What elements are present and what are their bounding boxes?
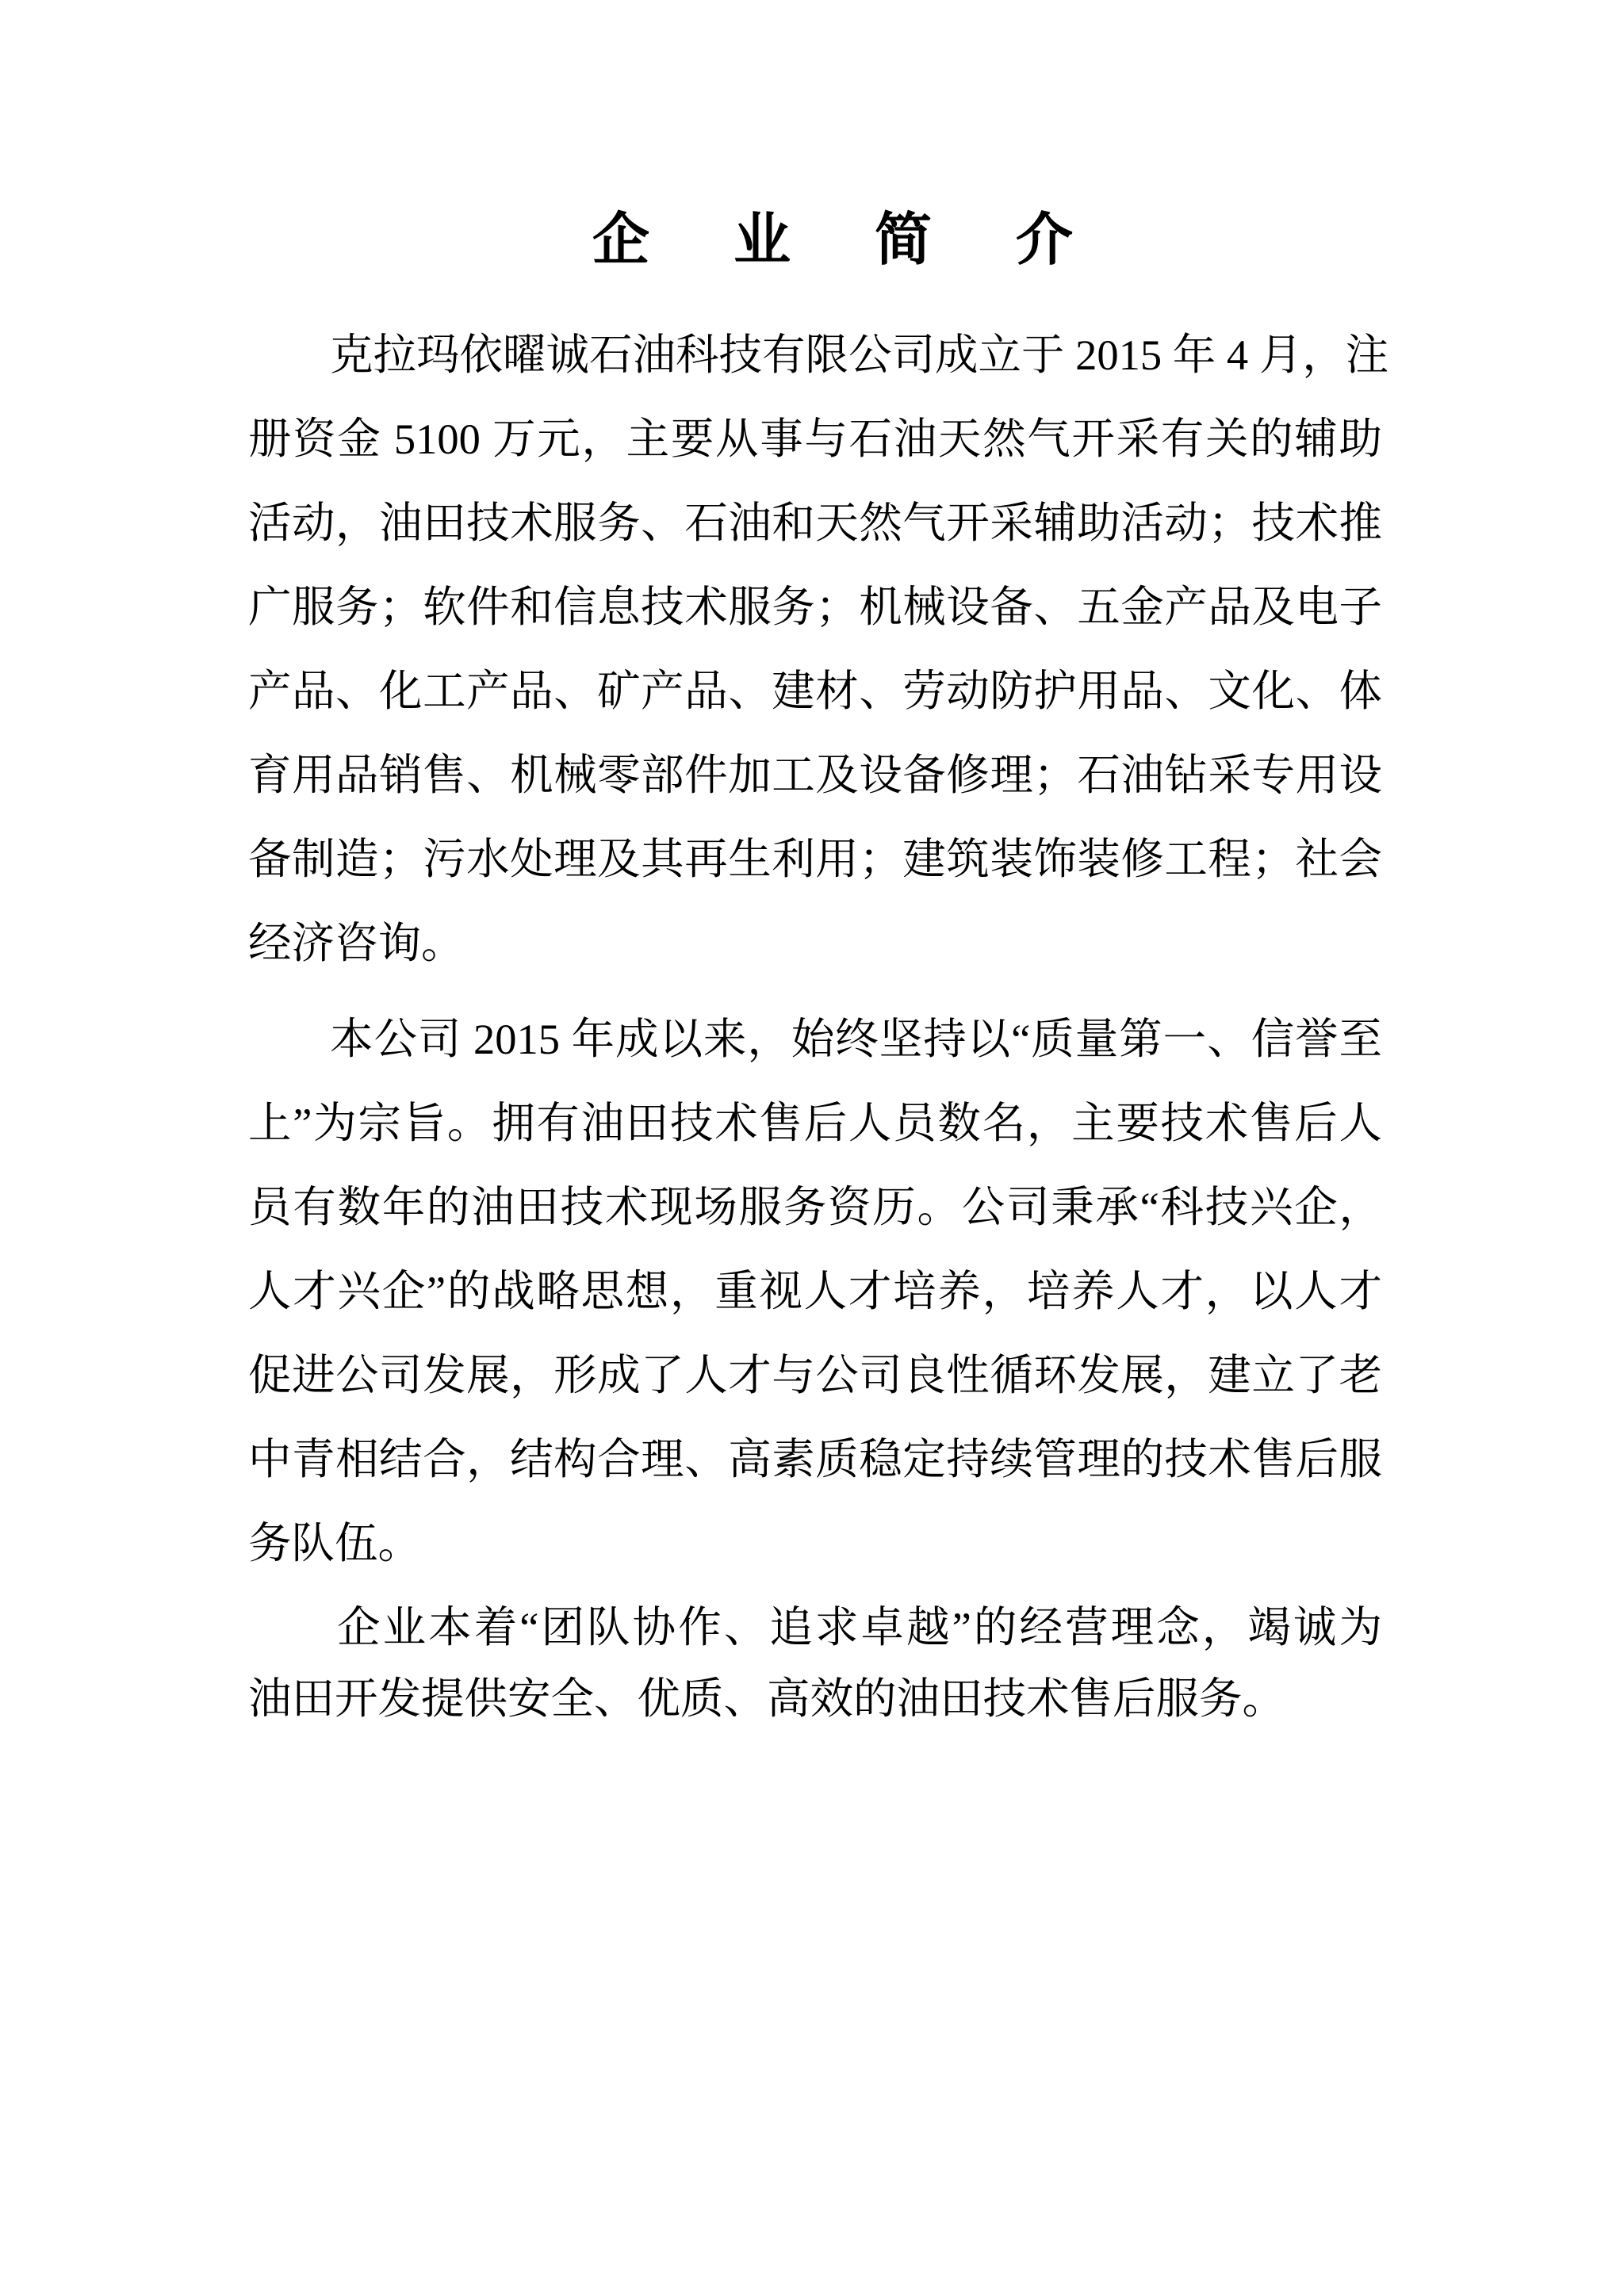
paragraph-line: 克拉玛依曜诚石油科技有限公司成立于 2015 年 4 月，注 xyxy=(248,313,1382,397)
paragraph-line: 员有数年的油田技术现场服务资历。公司秉承“科技兴企， xyxy=(248,1165,1382,1249)
paragraph-line: 中青相结合，结构合理、高素质稳定持续管理的技术售后服 xyxy=(248,1418,1382,1502)
paragraph-line: 本公司 2015 年成以来，始终坚持以“质量第一、信誉至 xyxy=(248,997,1382,1081)
paragraph-line: 人才兴企”的战略思想，重视人才培养，培养人才，以人才 xyxy=(248,1249,1382,1334)
paragraph-line: 育用品销售、机械零部件加工及设备修理；石油钻采专用设 xyxy=(248,733,1382,817)
paragraph-line: 经济咨询。 xyxy=(248,901,1382,985)
paragraph-line: 广服务；软件和信息技术服务；机械设备、五金产品及电子 xyxy=(248,565,1382,649)
paragraph-line: 产品、化工产品、矿产品、建材、劳动防护用品、文化、体 xyxy=(248,649,1382,733)
paragraph-company-overview: 克拉玛依曜诚石油科技有限公司成立于 2015 年 4 月，注 册资金 5100 … xyxy=(248,313,1382,985)
paragraph-line: 油田开发提供安全、优质、高效的油田技术售后服务。 xyxy=(248,1663,1382,1735)
paragraph-line: 备制造；污水处理及其再生利用；建筑装饰装修工程；社会 xyxy=(248,817,1382,901)
paragraph-line: 活动，油田技术服务、石油和天然气开采辅助活动；技术推 xyxy=(248,481,1382,565)
paragraph-business-concept: 企业本着“团队协作、追求卓越”的经营理念，竭诚为 油田开发提供安全、优质、高效的… xyxy=(248,1592,1382,1735)
paragraph-line: 册资金 5100 万元，主要从事与石油天然气开采有关的辅助 xyxy=(248,397,1382,481)
paragraph-company-philosophy: 本公司 2015 年成以来，始终坚持以“质量第一、信誉至 上”为宗旨。拥有油田技… xyxy=(248,997,1382,1586)
paragraph-line: 务队伍。 xyxy=(248,1502,1382,1586)
page-title: 企 业 简 介 xyxy=(0,205,1624,276)
paragraph-line: 上”为宗旨。拥有油田技术售后人员数名，主要技术售后人 xyxy=(248,1081,1382,1165)
document-page: 企 业 简 介 克拉玛依曜诚石油科技有限公司成立于 2015 年 4 月，注 册… xyxy=(0,0,1624,2296)
paragraph-line: 企业本着“团队协作、追求卓越”的经营理念，竭诚为 xyxy=(248,1592,1382,1663)
paragraph-line: 促进公司发展，形成了人才与公司良性循环发展，建立了老 xyxy=(248,1334,1382,1418)
